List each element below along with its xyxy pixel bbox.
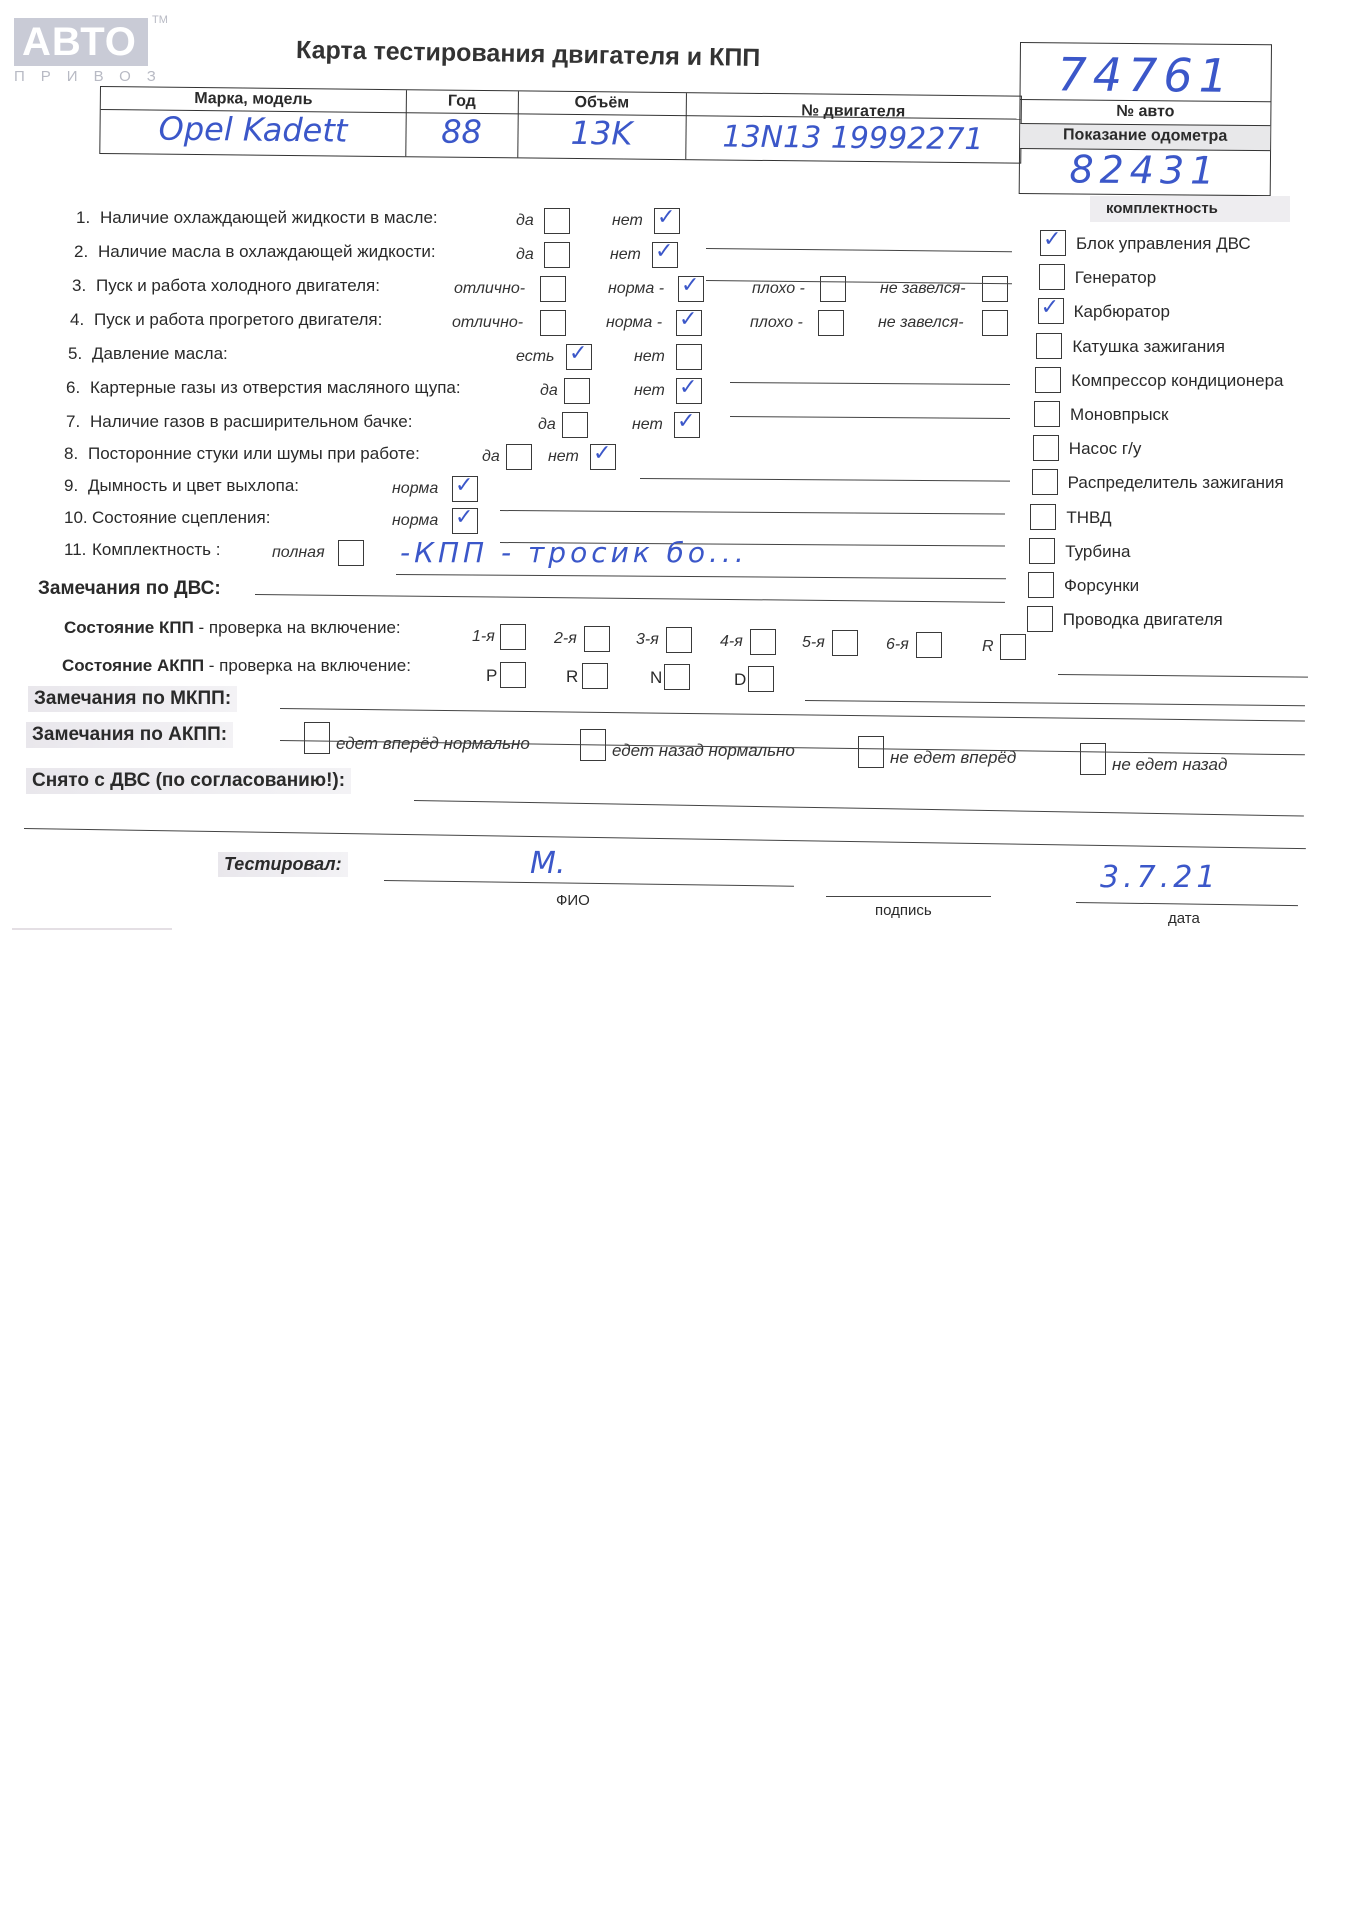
mode-label: P (486, 666, 497, 686)
completeness-checkbox[interactable] (1027, 606, 1053, 632)
check-number: 8. (64, 444, 78, 464)
checkbox-1-1[interactable] (544, 208, 570, 234)
option-label: нет (548, 448, 579, 466)
removed-field-2[interactable] (24, 828, 1306, 849)
check-number: 5. (68, 344, 82, 364)
make-model-cell: Марка, модель Opel Kadett (100, 87, 407, 156)
auto-number-box: 74761 № авто Показание одометра 82431 (1019, 42, 1272, 196)
option-label: нет (634, 348, 665, 366)
completeness-checkbox[interactable] (1030, 504, 1056, 530)
date-field[interactable] (1076, 902, 1298, 906)
mode-checkbox-D[interactable] (748, 666, 774, 692)
option-label: отлично- (454, 280, 525, 298)
option-label: не завелся- (878, 314, 964, 332)
check-mark-icon: ✓ (1041, 295, 1059, 321)
completeness-checkbox[interactable]: ✓ (1040, 230, 1066, 256)
completeness-checkbox[interactable] (1039, 264, 1065, 290)
scan-artifact (12, 928, 172, 930)
check-number: 7. (66, 412, 80, 432)
gear-label: 3-я (636, 631, 659, 649)
gear-checkbox-5[interactable] (832, 630, 858, 656)
checkbox-8-1[interactable] (506, 444, 532, 470)
completeness-item-label: Блок управления ДВС (1076, 234, 1251, 254)
removed-label: Снято с ДВС (по согласованию!): (26, 768, 351, 794)
date-value[interactable]: 3.7.21 (1100, 860, 1219, 895)
auto-gearbox-remarks-field[interactable] (805, 700, 1305, 706)
check-mark-icon: ✓ (677, 409, 695, 435)
option-label: отлично- (452, 314, 523, 332)
auto-remark-label: едет назад нормально (612, 741, 795, 761)
option-label: полная (272, 544, 325, 562)
checkbox-3-3[interactable] (820, 276, 846, 302)
option-label: нет (634, 382, 665, 400)
remarks-line-7[interactable] (730, 416, 1010, 419)
checkbox-6-1[interactable] (564, 378, 590, 404)
option-label: да (540, 382, 558, 400)
option-label: норма - (608, 280, 664, 298)
auto-number-value[interactable]: 74761 (1020, 47, 1270, 103)
gearbox-remarks-field[interactable] (1058, 674, 1308, 678)
year-value[interactable]: 88 (405, 112, 517, 151)
completeness-item-label: ТНВД (1066, 508, 1111, 528)
gear-checkbox-2[interactable] (584, 626, 610, 652)
checkbox-4-4[interactable] (982, 310, 1008, 336)
gear-checkbox-3[interactable] (666, 627, 692, 653)
completeness-note: -КПП - тросик бо... (400, 536, 748, 569)
engine-number-cell: № двигателя 13N13 19992271 (685, 93, 1021, 163)
mode-checkbox-P[interactable] (500, 662, 526, 688)
completeness-item-label: Карбюратор (1074, 302, 1170, 322)
check-mark-icon: ✓ (681, 273, 699, 299)
make-model-value[interactable]: Opel Kadett (100, 109, 405, 150)
check-mark-icon: ✓ (657, 205, 675, 231)
checkbox-8-2[interactable]: ✓ (590, 444, 616, 470)
completeness-checkbox[interactable] (1033, 435, 1059, 461)
gear-label: 2-я (554, 630, 577, 648)
mode-label: D (734, 670, 746, 690)
gear-checkbox-1[interactable] (500, 624, 526, 650)
signature-caption: подпись (875, 902, 932, 919)
auto-gearbox-label-rest: - проверка на включение: (204, 656, 411, 675)
check-mark-icon: ✓ (569, 341, 587, 367)
checkbox-7-1[interactable] (562, 412, 588, 438)
name-caption: ФИО (556, 892, 590, 909)
engine-remarks-field[interactable] (255, 594, 1005, 603)
gear-checkbox-4[interactable] (750, 629, 776, 655)
odometer-value[interactable]: 82431 (1020, 147, 1270, 193)
engine-remarks-label: Замечания по ДВС: (38, 578, 221, 600)
auto-remark-checkbox-1[interactable] (304, 722, 330, 754)
checkbox-4-3[interactable] (818, 310, 844, 336)
check-label-1: Наличие охлаждающей жидкости в масле: (100, 208, 438, 228)
check-label-8: Посторонние стуки или шумы при работе: (88, 444, 420, 464)
option-label: есть (516, 348, 554, 366)
completeness-item-label: Компрессор кондиционера (1071, 371, 1283, 391)
option-label: норма (392, 480, 438, 498)
checkbox-2-1[interactable] (544, 242, 570, 268)
check-mark-icon: ✓ (455, 505, 473, 531)
engine-number-value[interactable]: 13N13 19992271 (685, 119, 1020, 158)
checkbox-2-2[interactable]: ✓ (652, 242, 678, 268)
checkbox-3-2[interactable]: ✓ (678, 276, 704, 302)
check-mark-icon: ✓ (1043, 227, 1061, 253)
check-mark-icon: ✓ (593, 441, 611, 467)
mode-label: R (566, 667, 578, 687)
tester-name-field[interactable] (384, 880, 794, 887)
completeness-item-label: Моновпрыск (1070, 405, 1169, 425)
checkbox-9-1[interactable]: ✓ (452, 476, 478, 502)
volume-header: Объём (518, 93, 686, 113)
mode-checkbox-R[interactable] (582, 663, 608, 689)
option-label: да (482, 448, 500, 466)
check-number: 3. (72, 276, 86, 296)
completeness-checkbox[interactable] (1028, 572, 1054, 598)
check-label-3: Пуск и работа холодного двигателя: (96, 276, 380, 296)
check-label-5: Давление масла: (92, 344, 228, 364)
logo: АВТО (14, 18, 148, 66)
option-label: нет (632, 416, 663, 434)
remarks-line-9[interactable] (500, 510, 1005, 515)
remarks-line-11[interactable] (396, 574, 1006, 579)
vehicle-info-table: Марка, модель Opel Kadett Год 88 Объём 1… (99, 86, 1022, 164)
gearbox-label: Состояние КПП - проверка на включение: (64, 618, 401, 638)
gear-label: 5-я (802, 634, 825, 652)
check-number: 4. (70, 310, 84, 330)
check-mark-icon: ✓ (679, 307, 697, 333)
make-model-header: Марка, модель (101, 89, 406, 110)
check-label-6: Картерные газы из отверстия масляного щу… (90, 378, 461, 398)
option-label: нет (612, 212, 643, 230)
check-number: 9. (64, 476, 78, 496)
gear-checkbox-6[interactable] (916, 632, 942, 658)
removed-field[interactable] (414, 800, 1304, 817)
check-mark-icon: ✓ (655, 239, 673, 265)
option-label: да (538, 416, 556, 434)
option-label: да (516, 246, 534, 264)
tested-by-label: Тестировал: (218, 852, 348, 877)
completeness-item-label: Турбина (1065, 542, 1130, 562)
completeness-item-label: Насос г/у (1069, 439, 1142, 459)
checkbox-1-2[interactable]: ✓ (654, 208, 680, 234)
logo-subtitle: ПРИВОЗ (14, 68, 172, 85)
volume-value[interactable]: 13K (517, 113, 685, 153)
check-mark-icon: ✓ (679, 375, 697, 401)
option-label: да (516, 212, 534, 230)
option-label: норма - (606, 314, 662, 332)
mode-checkbox-N[interactable] (664, 664, 690, 690)
completeness-item-label: Форсунки (1064, 576, 1139, 596)
check-number: 1. (76, 208, 90, 228)
checkbox-5-2[interactable] (676, 344, 702, 370)
volume-cell: Объём 13K (517, 91, 687, 159)
checkbox-6-2[interactable]: ✓ (676, 378, 702, 404)
auto-remark-checkbox-3[interactable] (858, 736, 884, 768)
mode-label: N (650, 668, 662, 688)
completeness-item-label: Генератор (1075, 268, 1156, 288)
gear-label: 4-я (720, 633, 743, 651)
auto-number-label: № авто (1020, 99, 1270, 126)
check-label-11: Комплектность : (92, 540, 220, 560)
check-label-2: Наличие масла в охлаждающей жидкости: (98, 242, 436, 262)
checkbox-3-1[interactable] (540, 276, 566, 302)
auto-remarks-label: Замечания по АКПП: (26, 722, 233, 748)
option-label: плохо - (750, 314, 803, 332)
auto-gearbox-label: Состояние АКПП - проверка на включение: (62, 656, 411, 676)
manual-remarks-field[interactable] (280, 708, 1305, 722)
gear-label: 6-я (886, 636, 909, 654)
signature-field[interactable] (826, 896, 991, 897)
gearbox-label-rest: - проверка на включение: (194, 618, 401, 637)
manual-remarks-label: Замечания по МКПП: (28, 686, 237, 712)
gear-label: 1-я (472, 628, 495, 646)
year-header: Год (406, 92, 518, 111)
check-label-9: Дымность и цвет выхлопа: (88, 476, 299, 496)
check-label-10: Состояние сцепления: (92, 508, 270, 528)
auto-gearbox-label-bold: Состояние АКПП (62, 656, 204, 675)
logo-trademark: TM (152, 14, 168, 26)
checkbox-7-2[interactable]: ✓ (674, 412, 700, 438)
check-label-4: Пуск и работа прогретого двигателя: (94, 310, 382, 330)
completeness-item-label: Катушка зажигания (1072, 337, 1225, 357)
completeness-checkbox[interactable] (1034, 401, 1060, 427)
option-label: плохо - (752, 280, 805, 298)
completeness-title: комплектность (1106, 200, 1218, 217)
gear-label: R (982, 638, 994, 656)
auto-remark-label: не едет назад (1112, 755, 1227, 775)
remarks-line-8[interactable] (640, 478, 1010, 482)
check-number: 2. (74, 242, 88, 262)
option-label: норма (392, 512, 438, 530)
check-label-7: Наличие газов в расширительном бачке: (90, 412, 412, 432)
checkbox-4-2[interactable]: ✓ (676, 310, 702, 336)
check-number: 10. (64, 508, 88, 528)
gear-checkbox-7[interactable] (1000, 634, 1026, 660)
completeness-checkbox[interactable] (1032, 469, 1058, 495)
completeness-checkbox[interactable] (1035, 367, 1061, 393)
check-number: 11. (64, 540, 86, 560)
checkbox-11-1[interactable] (338, 540, 364, 566)
gearbox-label-bold: Состояние КПП (64, 618, 194, 637)
option-label: нет (610, 246, 641, 264)
completeness-item-label: Распределитель зажигания (1068, 473, 1284, 493)
remarks-line-6[interactable] (730, 382, 1010, 385)
remarks-line-1[interactable] (706, 248, 1012, 252)
completeness-checkbox[interactable] (1036, 333, 1062, 359)
form-title: Карта тестирования двигателя и КПП (296, 36, 761, 73)
logo-brand: АВТО (22, 20, 137, 65)
year-cell: Год 88 (405, 90, 519, 157)
check-mark-icon: ✓ (455, 473, 473, 499)
completeness-checkbox[interactable]: ✓ (1038, 298, 1064, 324)
date-caption: дата (1168, 910, 1200, 927)
completeness-checkbox[interactable] (1029, 538, 1055, 564)
auto-remark-checkbox-4[interactable] (1080, 743, 1106, 775)
checkbox-5-1[interactable]: ✓ (566, 344, 592, 370)
checkbox-4-1[interactable] (540, 310, 566, 336)
completeness-item-label: Проводка двигателя (1063, 610, 1223, 630)
check-number: 6. (66, 378, 80, 398)
checkbox-10-1[interactable]: ✓ (452, 508, 478, 534)
tester-name-value[interactable]: М. (530, 846, 565, 881)
checkbox-3-4[interactable] (982, 276, 1008, 302)
